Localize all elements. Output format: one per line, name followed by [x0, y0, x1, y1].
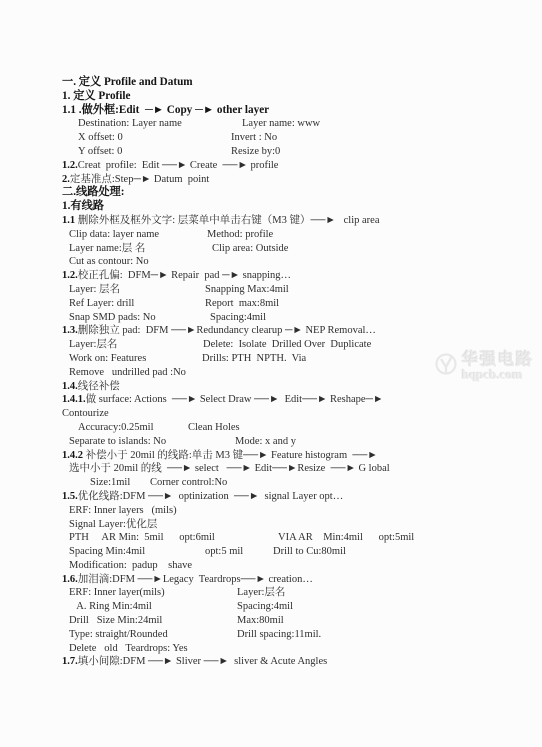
doc-text: opt:5 mil	[205, 545, 243, 559]
doc-text-bold: 1.有线路	[62, 200, 104, 212]
doc-line: 1.1 删除外框及框外文字: 层菜单中单击右键（M3 键）──► clip ar…	[62, 214, 508, 228]
doc-text: Signal Layer:优化层	[69, 519, 157, 530]
doc-text: VIA AR Min:4mil opt:5mil	[278, 531, 414, 545]
doc-text: 做 surface: Actions ──► Select Draw ──► E…	[86, 394, 384, 405]
doc-line: Layer name:层 名Clip area: Outside	[62, 242, 508, 256]
doc-line: Modification: padup shave	[62, 559, 508, 573]
doc-text-bold: 1.1 .做外框:Edit ─► Copy ─► other layer	[62, 104, 269, 116]
doc-text: Clip area: Outside	[212, 242, 288, 256]
doc-text: Remove undrilled pad :No	[69, 367, 186, 378]
doc-line: 1.4.2 补偿小于 20mil 的线路:单击 M3 键──► Feature …	[62, 449, 508, 463]
doc-line: Layer: 层名Snapping Max:4mil	[62, 283, 508, 297]
doc-text-bold: 1.3.	[62, 325, 78, 336]
doc-line: ERF: Inner layer(mils)Layer:层名	[62, 586, 508, 600]
watermark-domain: hqpcb.com	[462, 368, 534, 381]
doc-line: Cut as contour: No	[62, 255, 508, 269]
doc-line: Destination: Layer nameLayer name: www	[62, 117, 508, 131]
doc-text: Layer:层名	[237, 586, 285, 600]
doc-text: 校正孔偏: DFM─► Repair pad ─► snapping…	[78, 270, 291, 281]
doc-text: Modification: padup shave	[69, 560, 192, 571]
doc-text-bold: 二.线路处理:	[62, 186, 124, 198]
doc-line: Separate to islands: NoMode: x and y	[62, 435, 508, 449]
doc-text: ERF: Inner layer(mils)	[69, 587, 165, 598]
doc-text: Spacing:4mil	[210, 311, 266, 325]
doc-text-bold: 1.4.1.	[62, 394, 86, 405]
doc-text: Delete old Teardrops: Yes	[69, 643, 188, 654]
watermark-text: 华强电路 hqpcb.com	[462, 352, 534, 382]
doc-text: Snap SMD pads: No	[69, 312, 156, 323]
doc-text: Layer:层名	[69, 339, 117, 350]
doc-text: Corner control:No	[150, 476, 227, 490]
doc-text: Y offset: 0	[78, 146, 122, 157]
doc-line: 1.2.Creat profile: Edit ──► Create ──► p…	[62, 159, 508, 173]
doc-text-bold: 1.1	[62, 215, 75, 226]
doc-line: Clip data: layer nameMethod: profile	[62, 228, 508, 242]
doc-text: Report max:8mil	[205, 297, 279, 311]
doc-line: Contourize	[62, 407, 508, 421]
doc-text: Resize by:0	[231, 145, 280, 159]
doc-line: Type: straight/RoundedDrill spacing:11mi…	[62, 628, 508, 642]
doc-text: Clean Holes	[188, 421, 240, 435]
doc-text: Mode: x and y	[235, 435, 296, 449]
doc-text-bold: 1.2.	[62, 160, 78, 171]
doc-text: 删除独立 pad: DFM ──►Redundancy clearup ─► N…	[78, 325, 376, 336]
doc-text: Accuracy:0.25mil	[78, 422, 154, 433]
doc-text: 填小间隙:DFM ──► Sliver ──► sliver & Acute A…	[78, 656, 327, 667]
doc-text: Layer name:层 名	[69, 243, 145, 254]
doc-line: Layer:层名Delete: Isolate Drilled Over Dup…	[62, 338, 508, 352]
doc-text: PTH AR Min: 5mil opt:6mil	[69, 532, 215, 543]
doc-line: Ref Layer: drillReport max:8mil	[62, 297, 508, 311]
doc-text: Layer name: www	[242, 117, 320, 131]
doc-text-bold: 1.4.	[62, 381, 78, 392]
doc-text: Snapping Max:4mil	[205, 283, 289, 297]
doc-line: X offset: 0Invert : No	[62, 131, 508, 145]
doc-line: ERF: Inner layers (mils)	[62, 504, 508, 518]
doc-line: Delete old Teardrops: Yes	[62, 642, 508, 656]
doc-text-bold: 2.	[62, 174, 70, 185]
scanned-document-page: 一. 定义 Profile and Datum1. 定义 Profile1.1 …	[0, 0, 542, 747]
doc-line: Y offset: 0Resize by:0	[62, 145, 508, 159]
doc-text: Method: profile	[207, 228, 273, 242]
doc-text: Spacing:4mil	[237, 600, 293, 614]
doc-line: Size:1milCorner control:No	[62, 476, 508, 490]
doc-text: Separate to islands: No	[69, 436, 166, 447]
doc-text-bold: 1.4.2	[62, 450, 83, 461]
doc-line: 1.1 .做外框:Edit ─► Copy ─► other layer	[62, 104, 508, 118]
doc-line: 2.定基准点:Step─► Datum point	[62, 173, 508, 187]
watermark: 华强电路 hqpcb.com	[433, 351, 541, 382]
doc-text: Contourize	[62, 408, 109, 419]
doc-line: Drill Size Min:24milMax:80mil	[62, 614, 508, 628]
doc-text-bold: 1.2.	[62, 270, 78, 281]
doc-text: Clip data: layer name	[69, 229, 159, 240]
watermark-chinese: 华强电路	[462, 352, 534, 369]
doc-line: PTH AR Min: 5mil opt:6milVIA AR Min:4mil…	[62, 531, 508, 545]
doc-text: 选中小于 20mil 的线 ──► select ──► Edit──►Resi…	[69, 463, 390, 474]
doc-text: Drill spacing:11mil.	[237, 628, 321, 642]
doc-text: 定基准点:Step─► Datum point	[70, 174, 209, 185]
doc-text: Invert : No	[231, 131, 277, 145]
doc-text-bold: 1. 定义 Profile	[62, 90, 130, 102]
doc-text-bold: 1.7.	[62, 656, 78, 667]
doc-line: 一. 定义 Profile and Datum	[62, 76, 508, 90]
doc-line: 1.7.填小间隙:DFM ──► Sliver ──► sliver & Acu…	[62, 655, 508, 669]
doc-text: A. Ring Min:4mil	[69, 601, 152, 612]
doc-line: 1.2.校正孔偏: DFM─► Repair pad ─► snapping…	[62, 269, 508, 283]
doc-text: Drill Size Min:24mil	[69, 615, 162, 626]
doc-text: Size:1mil	[90, 477, 130, 488]
doc-line: 1.3.删除独立 pad: DFM ──►Redundancy clearup …	[62, 324, 508, 338]
doc-text: 线径补偿	[78, 381, 120, 392]
doc-text: Max:80mil	[237, 614, 284, 628]
doc-line: Signal Layer:优化层	[62, 518, 508, 532]
hqpcb-logo-icon	[433, 351, 459, 382]
doc-line: 1.5.优化线路:DFM ──► optinization ──► signal…	[62, 490, 508, 504]
doc-line: 1.6.加泪滴:DFM ──►Legacy Teardrops──► creat…	[62, 573, 508, 587]
doc-text: 补偿小于 20mil 的线路:单击 M3 键──► Feature histog…	[83, 450, 378, 461]
doc-text-bold: 1.6.	[62, 574, 78, 585]
doc-text-bold: 一. 定义 Profile and Datum	[62, 76, 193, 88]
doc-line: Accuracy:0.25milClean Holes	[62, 421, 508, 435]
doc-line: 1. 定义 Profile	[62, 90, 508, 104]
doc-text: 优化线路:DFM ──► optinization ──► signal Lay…	[78, 491, 343, 502]
doc-line: 二.线路处理:	[62, 186, 508, 200]
doc-line: Snap SMD pads: NoSpacing:4mil	[62, 311, 508, 325]
doc-text: 删除外框及框外文字: 层菜单中单击右键（M3 键）──► clip area	[75, 215, 379, 226]
doc-text: Ref Layer: drill	[69, 298, 134, 309]
doc-text: Type: straight/Rounded	[69, 629, 168, 640]
doc-text: Cut as contour: No	[69, 256, 149, 267]
doc-line: 1.有线路	[62, 200, 508, 214]
doc-text: Drill to Cu:80mil	[273, 545, 346, 559]
doc-text: Delete: Isolate Drilled Over Duplicate	[203, 338, 371, 352]
doc-text: Drills: PTH NPTH. Via	[202, 352, 306, 366]
doc-text: Layer: 层名	[69, 284, 120, 295]
doc-text-bold: 1.5.	[62, 491, 78, 502]
doc-text: Destination: Layer name	[78, 118, 182, 129]
doc-line: 1.4.1.做 surface: Actions ──► Select Draw…	[62, 393, 508, 407]
doc-text: ERF: Inner layers (mils)	[69, 505, 177, 516]
doc-line: 选中小于 20mil 的线 ──► select ──► Edit──►Resi…	[62, 462, 508, 476]
doc-text: Spacing Min:4mil	[69, 546, 145, 557]
doc-text: Work on: Features	[69, 353, 146, 364]
doc-text: Creat profile: Edit ──► Create ──► profi…	[78, 160, 279, 171]
doc-line: Spacing Min:4milopt:5 milDrill to Cu:80m…	[62, 545, 508, 559]
doc-line: A. Ring Min:4milSpacing:4mil	[62, 600, 508, 614]
doc-text: 加泪滴:DFM ──►Legacy Teardrops──► creation…	[78, 574, 313, 585]
doc-text: X offset: 0	[78, 132, 123, 143]
